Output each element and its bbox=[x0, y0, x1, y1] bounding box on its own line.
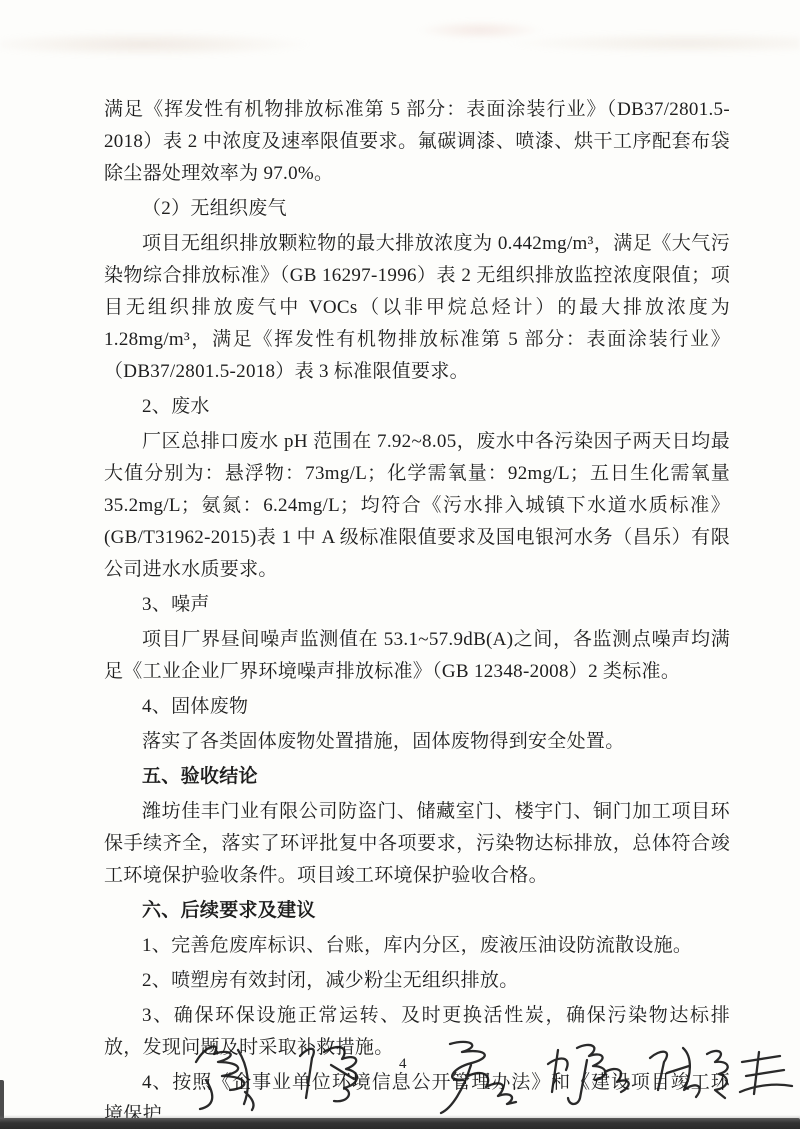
page-number: 4 bbox=[399, 1056, 407, 1073]
handwritten-signature-1 bbox=[196, 1046, 254, 1110]
heading-unorganized-gas: （2）无组织废气 bbox=[104, 193, 730, 225]
para-acceptance-conclusion: 潍坊佳丰门业有限公司防盗门、储藏室门、楼宇门、铜门加工项目环保手续齐全，落实了环… bbox=[104, 796, 730, 892]
scanned-document-page: 满足《挥发性有机物排放标准第 5 部分：表面涂装行业》（DB37/2801.5-… bbox=[0, 0, 800, 1129]
scan-artifact-top-smudge bbox=[0, 12, 800, 64]
para-organized-gas-continuation: 满足《挥发性有机物排放标准第 5 部分：表面涂装行业》（DB37/2801.5-… bbox=[104, 94, 730, 190]
para-wastewater: 厂区总排口废水 pH 范围在 7.92~8.05，废水中各污染因子两天日均最大值… bbox=[104, 426, 730, 586]
heading-solid-waste: 4、固体废物 bbox=[104, 691, 730, 723]
para-requirement-1: 1、完善危废库标识、台账，库内分区，废液压油设防流散设施。 bbox=[104, 930, 730, 962]
heading-follow-up-requirements: 六、后续要求及建议 bbox=[104, 895, 730, 927]
handwritten-signature-4 bbox=[548, 1045, 629, 1104]
handwritten-signature-3 bbox=[441, 1042, 516, 1113]
document-content: 满足《挥发性有机物排放标准第 5 部分：表面涂装行业》（DB37/2801.5-… bbox=[104, 94, 730, 1129]
handwritten-signatures bbox=[0, 1032, 800, 1117]
para-noise: 项目厂界昼间噪声监测值在 53.1~57.9dB(A)之间，各监测点噪声均满足《… bbox=[104, 624, 730, 688]
heading-noise: 3、噪声 bbox=[104, 589, 730, 621]
para-unorganized-gas: 项目无组织排放颗粒物的最大排放浓度为 0.442mg/m³，满足《大气污染物综合… bbox=[104, 228, 730, 388]
scan-artifact-bottom-edge bbox=[0, 1118, 800, 1129]
heading-acceptance-conclusion: 五、验收结论 bbox=[104, 761, 730, 793]
para-solid-waste: 落实了各类固体废物处置措施，固体废物得到安全处置。 bbox=[104, 726, 730, 758]
handwritten-signature-2 bbox=[300, 1047, 357, 1101]
para-requirement-2: 2、喷塑房有效封闭，减少粉尘无组织排放。 bbox=[104, 965, 730, 997]
heading-wastewater: 2、废水 bbox=[104, 391, 730, 423]
handwritten-signature-5 bbox=[650, 1048, 728, 1098]
handwritten-signature-6 bbox=[740, 1052, 792, 1094]
